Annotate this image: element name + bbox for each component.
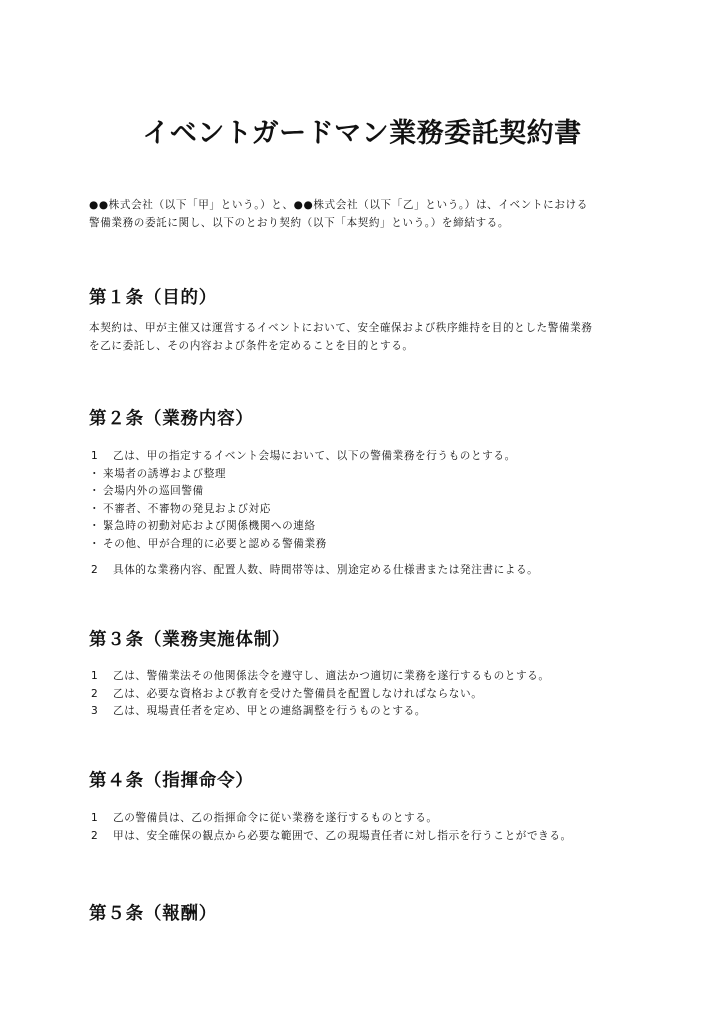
article-2-clause-2: 2具体的な業務内容、配置人数、時間帯等は、別途定める仕様書または発注書による。 <box>89 562 659 580</box>
bullet-item: ・会場内外の巡回警備 <box>89 483 659 501</box>
clause-number: 2 <box>89 828 113 846</box>
bullet-text: 会場内外の巡回警備 <box>103 485 204 497</box>
body-line: を乙に委託し、その内容および条件を定めることを目的とする。 <box>89 338 659 356</box>
clause-text: 乙の警備員は、乙の指揮命令に従い業務を遂行するものとする。 <box>113 812 438 824</box>
article-4-heading: 第４条（指揮命令） <box>89 768 254 794</box>
clause-text: 乙は、必要な資格および教育を受けた警備員を配置しなければならない。 <box>113 688 482 700</box>
clause-text: 乙は、警備業法その他関係法令を遵守し、適法かつ適切に業務を遂行するものとする。 <box>113 670 550 682</box>
clause: 2乙は、必要な資格および教育を受けた警備員を配置しなければならない。 <box>89 686 659 704</box>
clause-text: 甲は、安全確保の観点から必要な範囲で、乙の現場責任者に対し指示を行うことができる… <box>113 830 572 842</box>
bullet-text: 来場者の誘導および整理 <box>103 468 226 480</box>
clause-number: 2 <box>89 686 113 704</box>
clause-number: 3 <box>89 703 113 721</box>
document-page: イベントガードマン業務委託契約書 ●●株式会社（以下「甲」という。）と、●●株式… <box>0 0 724 1024</box>
bullet-text: その他、甲が合理的に必要と認める警備業務 <box>103 538 327 550</box>
clause: 2具体的な業務内容、配置人数、時間帯等は、別途定める仕様書または発注書による。 <box>89 562 659 580</box>
clause: 1乙は、警備業法その他関係法令を遵守し、適法かつ適切に業務を遂行するものとする。 <box>89 668 659 686</box>
clause: 1乙の警備員は、乙の指揮命令に従い業務を遂行するものとする。 <box>89 810 659 828</box>
document-title: イベントガードマン業務委託契約書 <box>0 116 724 152</box>
clause-number: 1 <box>89 668 113 686</box>
clause: 1乙は、甲の指定するイベント会場において、以下の警備業務を行うものとする。 <box>89 448 659 466</box>
bullet-icon: ・ <box>89 536 103 554</box>
clause-text: 具体的な業務内容、配置人数、時間帯等は、別途定める仕様書または発注書による。 <box>113 564 538 576</box>
article-4-body: 1乙の警備員は、乙の指揮命令に従い業務を遂行するものとする。 2甲は、安全確保の… <box>89 810 659 845</box>
bullet-item: ・その他、甲が合理的に必要と認める警備業務 <box>89 536 659 554</box>
bullet-item: ・来場者の誘導および整理 <box>89 466 659 484</box>
bullet-item: ・不審者、不審物の発見および対応 <box>89 501 659 519</box>
bullet-icon: ・ <box>89 501 103 519</box>
article-2-body: 1乙は、甲の指定するイベント会場において、以下の警備業務を行うものとする。 ・来… <box>89 448 659 553</box>
bullet-icon: ・ <box>89 483 103 501</box>
article-2-heading: 第２条（業務内容） <box>89 406 254 432</box>
clause-number: 2 <box>89 562 113 580</box>
clause-text: 乙は、甲の指定するイベント会場において、以下の警備業務を行うものとする。 <box>113 450 516 462</box>
bullet-item: ・緊急時の初動対応および関係機関への連絡 <box>89 518 659 536</box>
article-5-heading: 第５条（報酬） <box>89 901 217 927</box>
intro-paragraph: ●●株式会社（以下「甲」という。）と、●●株式会社（以下「乙」という。）は、イベ… <box>89 196 649 232</box>
clause-number: 1 <box>89 448 113 466</box>
intro-line: 警備業務の委託に関し、以下のとおり契約（以下「本契約」という。）を締結する。 <box>89 214 649 232</box>
bullet-icon: ・ <box>89 466 103 484</box>
clause: 3乙は、現場責任者を定め、甲との連絡調整を行うものとする。 <box>89 703 659 721</box>
article-1-body: 本契約は、甲が主催又は運営するイベントにおいて、安全確保および秩序維持を目的とし… <box>89 320 659 355</box>
article-1-heading: 第１条（目的） <box>89 285 217 311</box>
clause-number: 1 <box>89 810 113 828</box>
clause: 2甲は、安全確保の観点から必要な範囲で、乙の現場責任者に対し指示を行うことができ… <box>89 828 659 846</box>
article-3-body: 1乙は、警備業法その他関係法令を遵守し、適法かつ適切に業務を遂行するものとする。… <box>89 668 659 721</box>
article-3-heading: 第３条（業務実施体制） <box>89 627 290 653</box>
intro-line: ●●株式会社（以下「甲」という。）と、●●株式会社（以下「乙」という。）は、イベ… <box>89 196 649 214</box>
body-line: 本契約は、甲が主催又は運営するイベントにおいて、安全確保および秩序維持を目的とし… <box>89 320 659 338</box>
bullet-icon: ・ <box>89 518 103 536</box>
bullet-text: 不審者、不審物の発見および対応 <box>103 503 271 515</box>
clause-text: 乙は、現場責任者を定め、甲との連絡調整を行うものとする。 <box>113 705 426 717</box>
bullet-text: 緊急時の初動対応および関係機関への連絡 <box>103 520 316 532</box>
